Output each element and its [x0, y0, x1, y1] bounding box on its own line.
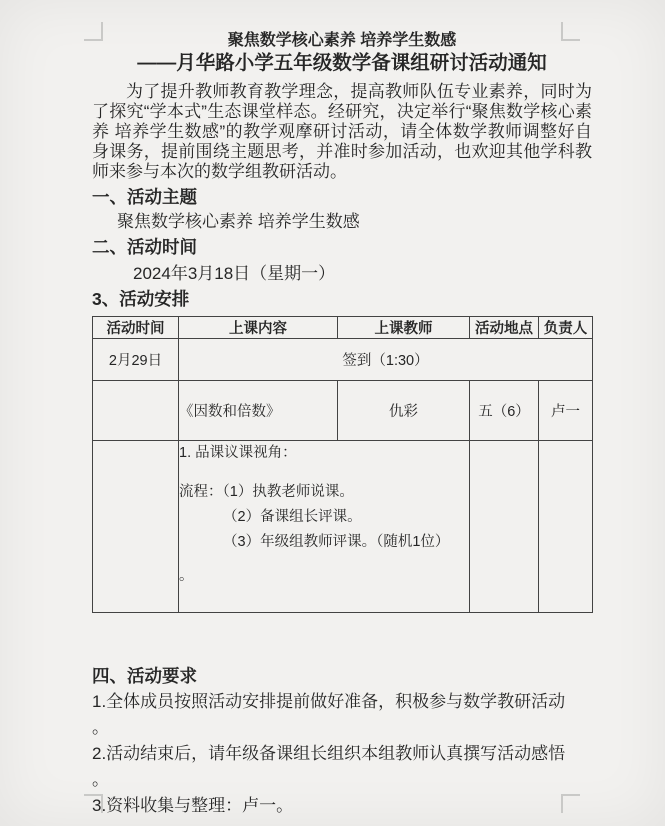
- table-row-detail: 1. 品课议课视角： 流程：（1）执教老师说课。 （2）备课组长评课。 （3）年…: [93, 441, 593, 613]
- section-1-heading: 一、活动主题: [92, 187, 592, 208]
- table-row-lesson: 《因数和倍数》 仇彩 五（6） 卢一: [93, 381, 593, 441]
- cell-detail: 1. 品课议课视角： 流程：（1）执教老师说课。 （2）备课组长评课。 （3）年…: [179, 441, 470, 613]
- section-1-body: 聚焦数学核心素养 培养学生数感: [92, 212, 592, 232]
- process-step-1: （1）执教老师说课。: [223, 484, 354, 500]
- header-lesson-content: 上课内容: [179, 317, 338, 339]
- cell-person-in-charge: 卢一: [539, 381, 593, 441]
- cell-empty-time: [93, 381, 179, 441]
- requirement-line-1: 1.全体成员按照活动安排提前做好准备，积极参与数学教研活动: [92, 689, 592, 715]
- section-2-heading: 二、活动时间: [92, 237, 592, 258]
- section-3-heading: 3、活动安排: [92, 289, 592, 310]
- requirement-line-2-wrap: 。: [92, 767, 592, 793]
- document-title: 聚焦数学核心素养 培养学生数感: [92, 30, 592, 51]
- cell-signin: 签到（1:30）: [179, 339, 593, 381]
- header-person-in-charge: 负责人: [539, 317, 593, 339]
- header-activity-time: 活动时间: [93, 317, 179, 339]
- process-step-2: （2）备课组长评课。: [179, 505, 469, 530]
- detail-process-line: 流程：（1）执教老师说课。: [179, 480, 469, 505]
- schedule-table: 活动时间 上课内容 上课教师 活动地点 负责人 2月29日 签到（1:30） 《…: [92, 316, 593, 613]
- requirement-line-1-wrap: 。: [92, 715, 592, 741]
- section-4-heading: 四、活动要求: [92, 663, 592, 689]
- process-label: 流程：: [179, 484, 223, 500]
- process-step-3: （3）年级组教师评课。（随机1位）: [179, 530, 469, 555]
- intro-paragraph: 为了提升教师教育教学理念，提高教师队伍专业素养，同时为了探究“学本式”生态课堂样…: [92, 82, 592, 182]
- cell-date: 2月29日: [93, 339, 179, 381]
- header-activity-place: 活动地点: [470, 317, 539, 339]
- document-content: 聚焦数学核心素养 培养学生数感 ——月华路小学五年级数学备课组研讨活动通知 为了…: [92, 30, 592, 819]
- cell-lesson-teacher: 仇彩: [338, 381, 470, 441]
- document-page: 聚焦数学核心素养 培养学生数感 ——月华路小学五年级数学备课组研讨活动通知 为了…: [0, 0, 665, 826]
- cell-empty-leader: [539, 441, 593, 613]
- table-row-signin: 2月29日 签到（1:30）: [93, 339, 593, 381]
- document-subtitle: ——月华路小学五年级数学备课组研讨活动通知: [92, 51, 592, 76]
- section-2-body: 2024年3月18日（星期一）: [92, 264, 592, 284]
- detail-trailing-period: 。: [179, 564, 469, 589]
- cell-empty-place: [470, 441, 539, 613]
- header-lesson-teacher: 上课教师: [338, 317, 470, 339]
- requirement-line-2: 2.活动结束后，请年级备课组长组织本组教师认真撰写活动感悟: [92, 741, 592, 767]
- table-header-row: 活动时间 上课内容 上课教师 活动地点 负责人: [93, 317, 593, 339]
- requirement-line-3: 3.资料收集与整理：卢一。: [92, 793, 592, 819]
- cell-lesson-place: 五（6）: [470, 381, 539, 441]
- cell-empty-time-2: [93, 441, 179, 613]
- detail-title-line: 1. 品课议课视角：: [179, 441, 469, 466]
- cell-lesson-content: 《因数和倍数》: [179, 381, 338, 441]
